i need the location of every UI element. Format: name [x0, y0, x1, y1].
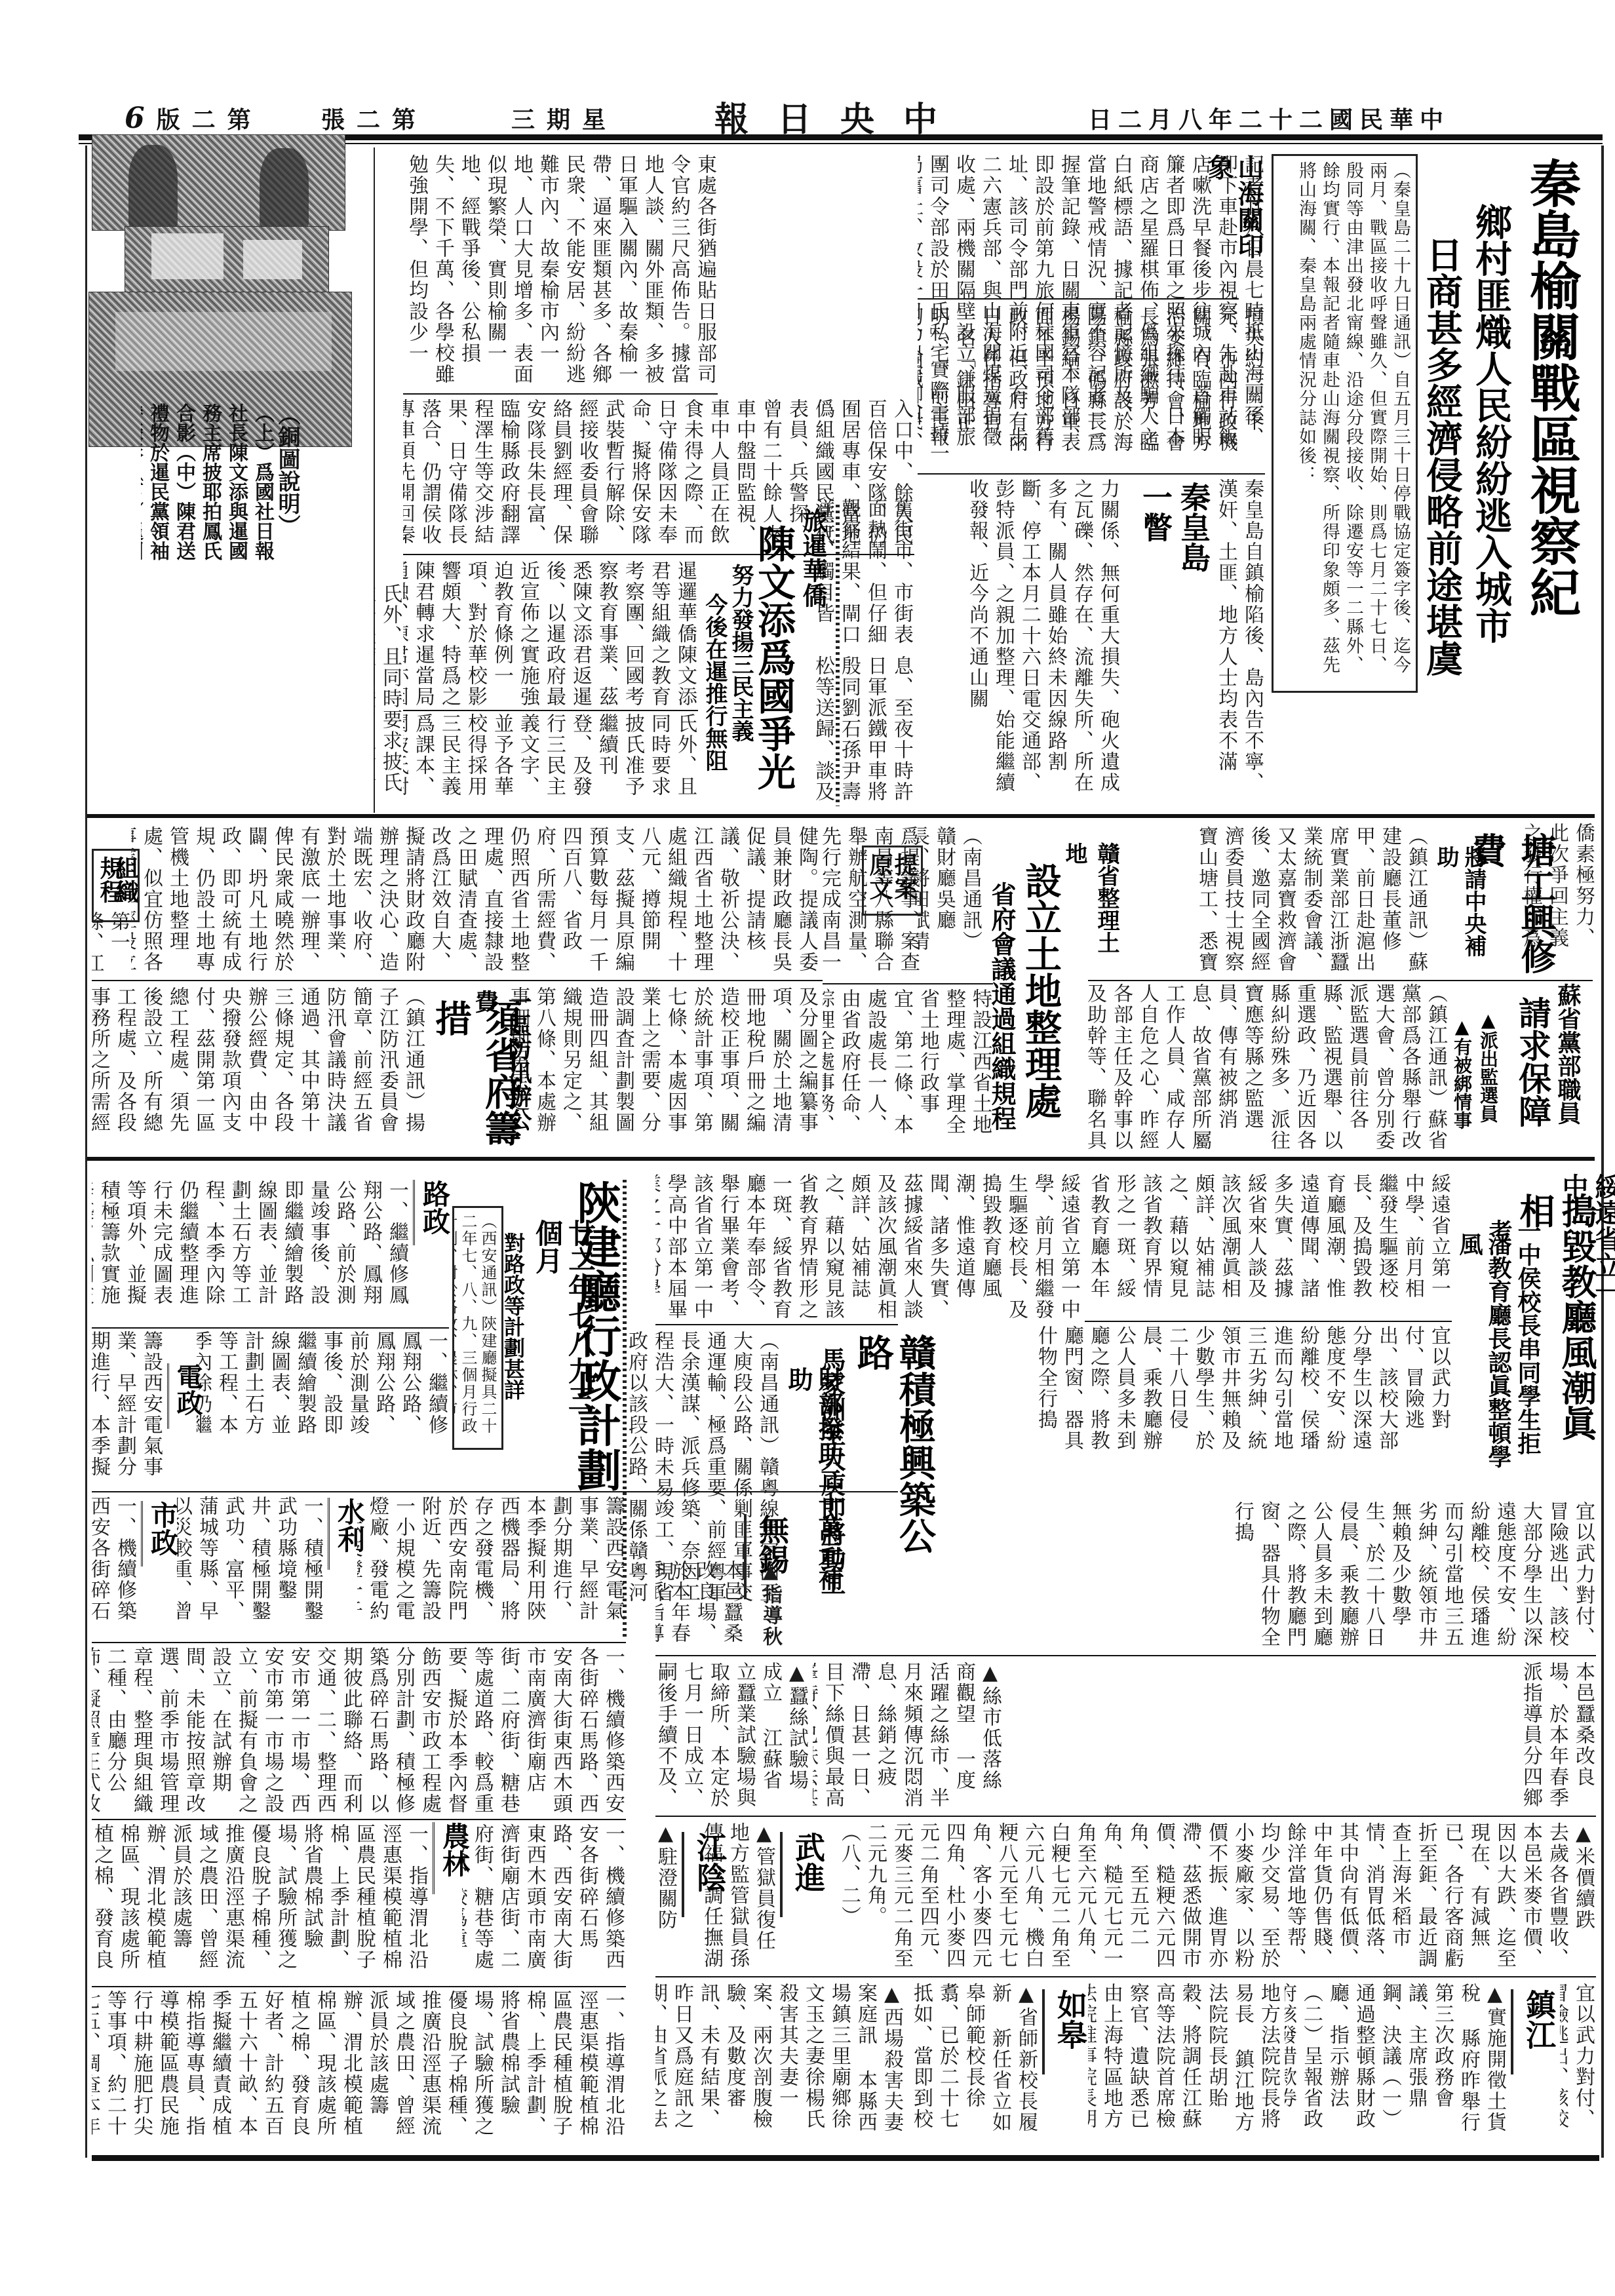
kicker-jiangxi-land: 贛省整理土地: [1059, 842, 1123, 973]
divider-col: [655, 1976, 1596, 1977]
subhead-no-obstacle: 今後在暹推行無阻: [701, 593, 728, 790]
building-facade: [115, 312, 332, 371]
place-rugao: 如皋: [1042, 1989, 1092, 2074]
divider-col: [92, 1491, 898, 1492]
photo-caption-title: （銅圖說明）: [275, 403, 302, 574]
wuxi-text: 本邑蠶桑改良場、於本年春季派指導員分四鄉: [655, 1560, 744, 1655]
suiyuan-text-2: 宜以武力對付、冒險逃出、該校大部分學生以深遠態度不安、紛紛離校、侯璠進而勾引當地…: [898, 1325, 1452, 1469]
place-jiangyin: 江陰: [682, 1832, 731, 1917]
power-text-2: 籌設西安電氣事業、早經計劃分期進行、本季擬利用陝西機器局、將存之發電機、於西安南…: [357, 1496, 626, 1640]
divider-col: [823, 983, 993, 984]
place-wujin: 武進: [780, 1832, 830, 1917]
paper-name: 中央日報: [714, 92, 966, 138]
divider-col: [403, 710, 698, 711]
divider-col: [655, 1655, 1596, 1656]
city-text: 一、機續修築西安各街碎石馬路、西安南大街東西木頭市南廣濟街廟店街、二府街、糖巷等…: [92, 1496, 138, 1640]
subhead-education-director: 潘教育廳長認眞整頓學風: [1455, 1232, 1513, 1475]
jiangxi-land-text-3: 特設江西省土地整理處、掌理全省土地行政事宜、第二條、本處設處長一人、由省政府任命…: [823, 988, 993, 1152]
town-text-1: 東處各街猶遍貼日服部司令官約三尺高佈告。據當地人談、關外匪類、多被日軍驅入關內、…: [403, 154, 718, 390]
road-text-2: 一、繼續修鳳翔公路、鳳翔公路、前於測量竣事後、設即繼續繪製路線圖表、並計劃土石方…: [197, 1331, 449, 1435]
weekday-label: 星期三: [511, 102, 617, 147]
agriculture-text-2: 一、指導渭北沿涇惠渠模範植棉區農民種植脫子棉、上季計劃、將省農棉試驗場、試驗所獲…: [92, 1990, 626, 2150]
divider-col: [92, 1327, 449, 1329]
divider-col: [92, 980, 823, 981]
headline-land-office: 設立土地整理處: [1019, 862, 1062, 1150]
issue-date: 中華民國二十二年八月二日: [1088, 102, 1450, 147]
divider-col: [918, 473, 1265, 475]
rugao-text: ▲省師新校長履新 新任省立如皋師範校長徐翥、已於二十七抵如、當即到校接收視事、聘…: [908, 1983, 1039, 2147]
divider-top-band: [87, 814, 1595, 818]
wuxi-suiyuan-text: 宜以武力對付、冒險逃出、該校大部分學生以深遠態度不安、紛紛離校、侯璠進而勾引當地…: [790, 1501, 1596, 1648]
wavy-border: [836, 505, 840, 806]
chen-text-2: 氏外、且同時要求披氏准予繼續刊登、及發行三民主義文字、並予各華校得採用三民主義爲…: [403, 713, 698, 811]
wuxi-sericulture-text: ▲蠶絲試驗場成立 江蘇省立蠶業試驗場與取締所、本定於七月一日成立、嗣後手續不及、…: [655, 1662, 809, 1809]
town-text-3: 舊街市、市街表面熱鬧、但仔細觀察結果、閘口洋行、觸目皆是、察其內容、則多係空: [816, 498, 914, 649]
divider-col: [655, 1324, 898, 1325]
subhead-central-subsidy: 將請中央補助: [1432, 846, 1487, 977]
shaanxi-lead: （西安通訊）陝建廳擬具二十二年七、八、九、三個月行政計劃、對於路政、農林、市政、…: [452, 1206, 503, 1450]
headline-qinhuangdao: 秦島榆關戰區視察紀: [1521, 157, 1581, 695]
headline-chen-wentian: 陳文添爲國爭光: [750, 524, 796, 800]
bullet-kidnapping: ▲有被綁情事: [1449, 1016, 1475, 1134]
zhenjiang-court-text: 地方法院院長將易長 鎮江地方法院院長胡貽穀、將調任江蘇高等法院首席檢察官、遺缺悉…: [1088, 1983, 1281, 2147]
photo-caption-text: （上）爲國社日報社長陳文添與暹國務主席披耶拍鳳氏合影（中）陳君送禮物於暹民黨領袖…: [141, 403, 275, 574]
subhead-japanese-merchants: 日商甚多經濟侵略前途堪虞: [1419, 236, 1465, 800]
photo-highlight: [243, 240, 302, 279]
town-text-4: 息、至夜十時許日軍派鐵甲車將殷同劉石孫尹壽松等送歸、談及交涉結果殊爲專車接收人員…: [816, 655, 914, 809]
city-text-3: 一、機續修築西安各街碎石馬路、西安南大街東西木頭市南廣濟街廟店街、二府街、糖巷等…: [462, 1823, 626, 1984]
flood-prev-text: 及分圖之編纂事項、關於土地清冊地稅戶冊之編造校正事項、關於統計事項、第七條、本處…: [505, 986, 819, 1154]
seawall-text: （鎮江通訊）蘇建設廳長董修甲、前日赴滬出席實業部江浙蠶業統制委會議、又太嘉寶救濟…: [1199, 826, 1429, 973]
wuxi-guidance-text: 本邑蠶桑改良場、於本年春季派指導員分四鄉: [1006, 1662, 1596, 1809]
chen-text-1: 暹邏華僑陳文添君等組織之教育考察團、回國考察教育事業、茲悉陳文添君返暹後、以暹政…: [403, 560, 698, 708]
agriculture-text: 一、指導渭北沿涇惠渠模範植棉區農民種植脫子棉、上季計劃、將省農棉試驗場、試驗所獲…: [92, 1823, 429, 1984]
kicker-jiangsu-party: 蘇省黨部職員: [1553, 983, 1582, 1134]
wujin-rice-text: ▲米價續跌 去歲各省豐收、本邑米麥市價、因以大跌、迄至現在、有減無已、各行客商虧…: [819, 1822, 1596, 1973]
jiangxi-land-text-1: （南昌通訊）贛財廳吳廳長、將田賦清査處、擴大組織爲江西土地整理處、業經省務會議通…: [918, 826, 983, 970]
kicker-thai-chinese: 旅暹華僑: [796, 508, 829, 639]
zhenjiang-prev: 宜以武力對付、冒險逃出、該校大部分學生以深遠態度不安、紛紛離校、侯璠進而勾引當地…: [1560, 1983, 1596, 2147]
bottom-rule: [92, 2155, 1599, 2161]
water-text: 一、積極開鑿武功縣境鑿井、積極開鑿武功、富平、蒲城等縣、早以災較重、曾擬定鑿井救…: [177, 1496, 324, 1640]
shanhaiguan-text-2: 損失約二三千元、市內行政機關、有臨榆地方治安維持會、會長爲張漱芳、臨榆縣政府設於…: [918, 306, 1265, 470]
divider-col: [92, 1986, 626, 1987]
headline-provincial-funding: 須省府籌措: [426, 1000, 526, 1157]
jiangxi-land-text-2: 爲提議事、案查南昌等八縣聯合舉辦航空測量、先行完成南昌一縣、分航測與清査兩部、清: [823, 826, 921, 983]
divider-middle-band: [87, 1157, 1595, 1161]
city-text-2: 一、機續修築西安各街碎石馬路、西安南大街東西木頭市南廣濟街廟店街、二府街、糖巷等…: [92, 1646, 626, 1817]
org-rules-text: 第一條、江西省政府爲激底整理土地、: [92, 911, 131, 977]
page-number: 6: [125, 102, 157, 135]
section-title-qinhuangdao: 秦皇島一瞥: [1127, 482, 1213, 600]
jiangsu-party-text: （鎮江通訊）蘇省黨部爲各縣舉行改選大會、曾分別委派監選員前往各縣、監視選舉、以重…: [1088, 983, 1449, 1154]
section-title-road: 路政: [413, 1180, 454, 1245]
headline-request-protection: 請求保障: [1508, 996, 1557, 1127]
suiyuan-text: 綏遠省立第一中學、前月相繼發生驅逐校長、及搗毀教育廳風潮、惟遠道傳聞、諸多失實、…: [1085, 1173, 1452, 1314]
edition: 第二版: [157, 106, 263, 134]
jiangyin-text: ▲駐澄關防 駐澄財政部稅警第三團、頃奉總團命令、與駐蘇州第四團對調駐防、劉團長奉…: [655, 1822, 678, 1973]
wuxi-silk-text: ▲絲市低落絲商觀望 一度活躍之絲市、半月來頻傳沉悶消息、絲銷之疲滯、日甚一日、目…: [813, 1662, 1003, 1809]
divider-col: [403, 393, 718, 395]
person-figure: [128, 145, 178, 230]
subhead-three-months: 廿二年七八九三個月: [531, 1219, 596, 1435]
photo-chen-and-thai-premier: [92, 134, 345, 231]
flood-text: （鎮江通訊）揚子江防汛委員會簡章、前經五省防汛會議時決議通過、其中第十三條規定、…: [92, 986, 426, 1154]
qinhuangdao-text-2: 力關係、無何重大損失、砲火遺成之瓦礫、然存在、流離失所、所在多有、關人員雖始終未…: [918, 478, 1121, 806]
person-figure: [260, 148, 309, 230]
zhenjiang-murder-text: ▲西場殺害夫妻案庭訊 本縣西場鎮三里廟鄉徐文玉之妻徐楊氏殺害其夫妻一案、兩次剖腹…: [655, 1983, 905, 2147]
subhead-villages: 鄉村匪熾人民紛紛逃入城市: [1468, 203, 1514, 780]
org-rules-body: 健陶。提議人委員兼財政廳長吳促議、提請核議、敬祈公決、江西省土地整理處組織規程、…: [131, 826, 819, 973]
qinhuangdao-lead: （秦皇島二十九日通訊）自五月三十日停戰協定簽字後、迄今兩月、戰區接收呼聲雖久、但…: [1272, 154, 1418, 693]
suiyuan-text-3: 綏遠省立第一中學、前月相繼發生驅逐校長、及搗毀教育廳風潮、惟遠道傳聞、諸多失實、…: [655, 1173, 1081, 1321]
divider-col: [1085, 1321, 1452, 1322]
divider-col: [1088, 980, 1593, 981]
photo-side-text: 氏外、且同時要求披氏准予繼續刊登、及發行三民主義文字、並予各華校得採用三民主義爲…: [374, 583, 403, 813]
power-text: 籌設西安電氣事業、早經計劃分期進行、本季擬利用陝西機器局、將存之發電機、於西安南…: [92, 1331, 164, 1485]
section-title-power: 電政: [167, 1363, 206, 1429]
photo-gift-presentation: [125, 226, 329, 293]
place-zhenjiang: 鎮江: [1511, 1989, 1561, 2074]
wuxi-bullet: ▲指導秋期育蠶: [760, 1560, 783, 1655]
qinhuangdao-text: 秦皇島自鎮榆陷後、島內告不寧、漢奸、土匪、地方人士均表不滿云。先接收海陽鎮、商定…: [1213, 478, 1265, 806]
subhead-three-principles: 努力發揚三民主義: [728, 564, 754, 747]
section-title-city: 市政: [141, 1501, 182, 1566]
photo-highlight: [151, 233, 224, 279]
divider-col: [655, 1816, 1596, 1817]
bullet-supervisors: ▲派出監選員: [1475, 1009, 1501, 1127]
divider-col: [918, 298, 1239, 300]
divider-col: [92, 1642, 626, 1643]
road-text: 一、繼續修鳳翔公路、鳳翔公路、前於測量竣事後、設即繼續繪製路線圖表、並計劃土石方…: [92, 1180, 410, 1324]
divider-col: [92, 1819, 626, 1820]
zhenjiang-text: ▲實施開徵土貨稅 縣府昨舉行第三次政務會議、主席張鼎鋼、決議（一）通過整頓縣財政…: [1285, 1983, 1508, 2147]
